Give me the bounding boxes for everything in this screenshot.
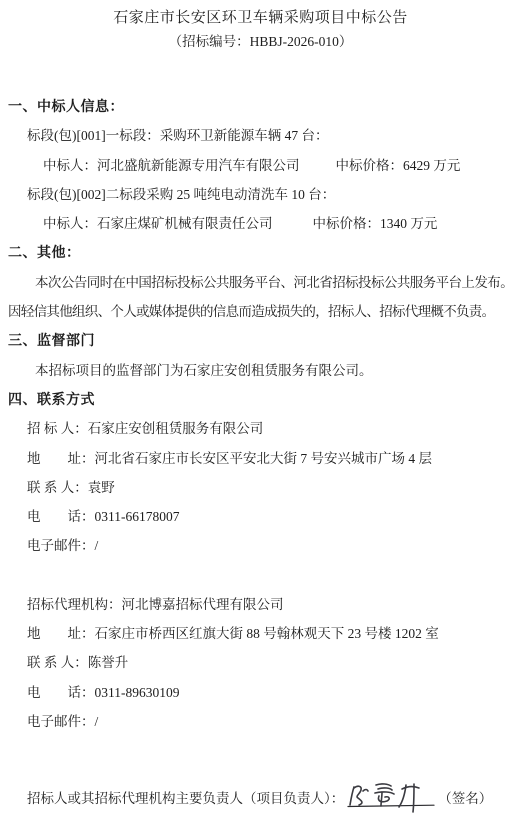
section-contact-heading: 四、联系方式 bbox=[8, 385, 513, 414]
section-other-heading: 二、其他： bbox=[8, 238, 513, 267]
lot1-line: 标段(包)[001]一标段：采购环卫新能源车辆 47 台： bbox=[8, 121, 513, 150]
responsible-person-label: 招标人或其招标代理机构主要负责人（项目负责人）： bbox=[27, 791, 344, 806]
document-page: 石家庄市长安区环卫车辆采购项目中标公告 （招标编号：HBBJ-2026-010）… bbox=[0, 0, 521, 819]
contact-label: 联 系 人： bbox=[27, 473, 88, 502]
lot1-winner: 中标人：河北盛航新能源专用汽车有限公司 bbox=[43, 158, 300, 173]
contact-value: 河北省石家庄市长安区平安北大街 7 号安兴城市广场 4 层 bbox=[95, 451, 433, 466]
contact-label: 地 址： bbox=[27, 619, 95, 648]
contact-value: / bbox=[95, 714, 99, 729]
contact-label: 地 址： bbox=[27, 444, 95, 473]
lot2-line: 标段(包)[002]二标段采购 25 吨纯电动清洗车 10 台： bbox=[8, 180, 513, 209]
section-supervision-body: 本招标项目的监督部门为石家庄安创租赁服务有限公司。 bbox=[8, 356, 513, 385]
contact-label: 招标代理机构： bbox=[27, 597, 122, 612]
section-supervision-heading: 三、监督部门 bbox=[8, 326, 513, 355]
sign-suffix-label: （签名） bbox=[438, 791, 492, 806]
lot1-price: 中标价格：6429 万元 bbox=[336, 158, 461, 173]
contact-label: 招 标 人： bbox=[27, 414, 88, 443]
contact-label: 联 系 人： bbox=[27, 648, 88, 677]
lot2-price: 中标价格：1340 万元 bbox=[313, 216, 438, 231]
contact-value: 河北博嘉招标代理有限公司 bbox=[122, 597, 284, 612]
contact-label: 电 话： bbox=[27, 678, 95, 707]
contact-row-agency-phone: 电 话：0311-89630109 bbox=[8, 678, 513, 707]
handwritten-signature-icon bbox=[346, 779, 438, 813]
contact-value: 石家庄市桥西区红旗大街 88 号翰林观天下 23 号楼 1202 室 bbox=[95, 626, 439, 641]
document-body: 一、中标人信息： 标段(包)[001]一标段：采购环卫新能源车辆 47 台： 中… bbox=[8, 92, 513, 814]
contact-row-tenderer-name: 招 标 人：石家庄安创租赁服务有限公司 bbox=[8, 414, 513, 443]
contact-value: 袁野 bbox=[88, 480, 115, 495]
contact-label: 电子邮件： bbox=[27, 707, 95, 736]
document-subtitle: （招标编号：HBBJ-2026-010） bbox=[8, 33, 513, 51]
signature-underline bbox=[348, 805, 434, 806]
lot2-winner-row: 中标人：石家庄煤矿机械有限责任公司中标价格：1340 万元 bbox=[8, 209, 513, 238]
contact-row-tenderer-person: 联 系 人：袁野 bbox=[8, 473, 513, 502]
tenderer-contact-block: 招 标 人：石家庄安创租赁服务有限公司 地 址：河北省石家庄市长安区平安北大街 … bbox=[8, 414, 513, 560]
lot1-winner-row: 中标人：河北盛航新能源专用汽车有限公司中标价格：6429 万元 bbox=[8, 151, 513, 180]
contact-value: / bbox=[95, 538, 99, 553]
contact-row-tenderer-email: 电子邮件：/ bbox=[8, 531, 513, 560]
contact-row-agency-name: 招标代理机构：河北博嘉招标代理有限公司 bbox=[8, 590, 513, 619]
contact-label: 电 话： bbox=[27, 502, 95, 531]
contact-row-tenderer-address: 地 址：河北省石家庄市长安区平安北大街 7 号安兴城市广场 4 层 bbox=[8, 444, 513, 473]
section-other-body: 本次公告同时在中国招标投标公共服务平台、河北省招标投标公共服务平台上发布。因轻信… bbox=[8, 268, 513, 327]
contact-row-agency-email: 电子邮件：/ bbox=[8, 707, 513, 736]
contact-value: 0311-89630109 bbox=[95, 685, 180, 700]
signature-row: 招标人或其招标代理机构主要负责人（项目负责人）： （签名） bbox=[8, 779, 513, 813]
section-winners-heading: 一、中标人信息： bbox=[8, 92, 513, 121]
contact-value: 石家庄安创租赁服务有限公司 bbox=[88, 421, 264, 436]
contact-value: 0311-66178007 bbox=[95, 509, 180, 524]
contact-row-agency-person: 联 系 人：陈誉升 bbox=[8, 648, 513, 677]
contact-value: 陈誉升 bbox=[88, 655, 129, 670]
contact-row-tenderer-phone: 电 话：0311-66178007 bbox=[8, 502, 513, 531]
agency-contact-block: 招标代理机构：河北博嘉招标代理有限公司 地 址：石家庄市桥西区红旗大街 88 号… bbox=[8, 590, 513, 736]
contact-label: 电子邮件： bbox=[27, 531, 95, 560]
document-title: 石家庄市长安区环卫车辆采购项目中标公告 bbox=[8, 8, 513, 28]
lot2-winner: 中标人：石家庄煤矿机械有限责任公司 bbox=[43, 216, 273, 231]
contact-row-agency-address: 地 址：石家庄市桥西区红旗大街 88 号翰林观天下 23 号楼 1202 室 bbox=[8, 619, 513, 648]
